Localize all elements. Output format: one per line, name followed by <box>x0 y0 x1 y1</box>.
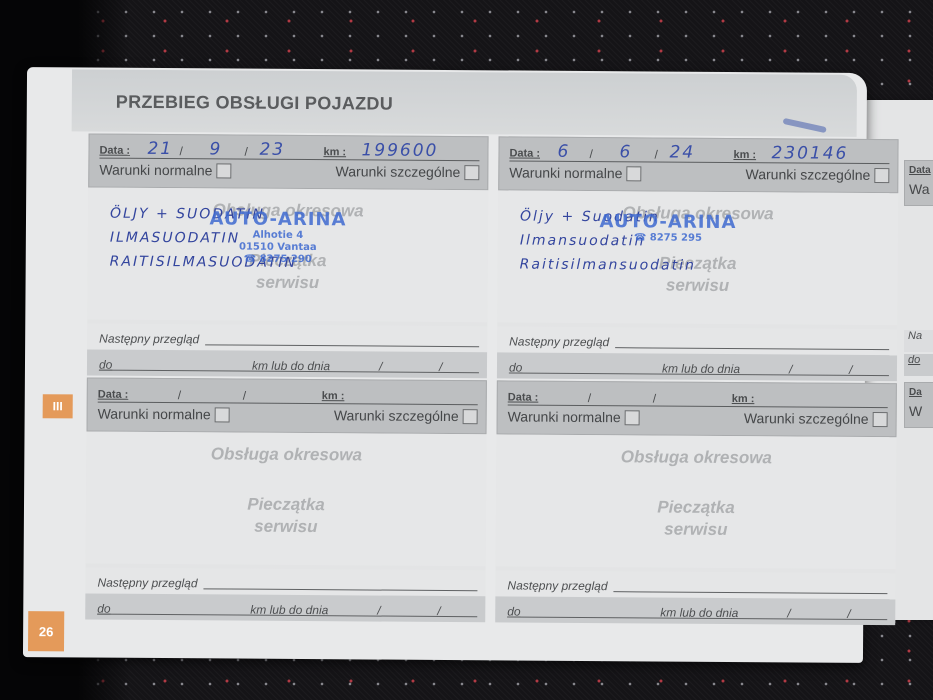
date-km-row: Data : 21 / 9 / 23 km : 199600 <box>99 140 479 162</box>
date-separator: / <box>243 389 246 403</box>
entry-header: Data : 6 / 6 / 24 km : 230146 Warunki no… <box>498 136 898 193</box>
watermark-periodic-service: Obsługa okresowa <box>86 443 486 466</box>
normal-conditions: Warunki normalne <box>99 162 231 179</box>
conditions-row: Warunki normalne Warunki szczególne <box>509 164 889 187</box>
adjacent-date-label: Data <box>909 165 931 176</box>
date-separator: / <box>377 604 380 618</box>
dealer-stamp: AUTO-ARINAAlhotie 401510 Vantaa☎ 8275 29… <box>188 208 368 266</box>
next-inspection-limit-row: do km lub do dnia / / <box>497 352 897 381</box>
conditions-row: Warunki normalne Warunki szczególne <box>99 162 479 185</box>
date-year-field[interactable]: 23 <box>259 140 285 160</box>
adjacent-entry-header-2: Da W <box>904 382 933 428</box>
date-separator: / <box>244 145 247 159</box>
date-separator: / <box>787 606 790 620</box>
service-booklet-page: PRZEBIEG OBSŁUGI POJAZDU III 26 Data : 2… <box>23 67 867 663</box>
service-entry: Data : / / km : Warunki normalne Warunki… <box>85 378 487 621</box>
adjacent-next-inspection: Na <box>904 330 933 352</box>
next-inspection-label: Następny przegląd <box>97 576 197 591</box>
special-conditions: Warunki szczególne <box>746 166 890 183</box>
km-or-date-label: km lub do dnia <box>662 362 740 377</box>
next-inspection-line[interactable] <box>203 588 477 591</box>
next-inspection-row: Następny przegląd <box>87 324 487 353</box>
adjacent-conditions-label: Wa <box>909 181 929 197</box>
pen-mark <box>783 118 827 133</box>
date-label: Data : <box>98 389 129 401</box>
normal-conditions-checkbox[interactable] <box>626 166 641 181</box>
special-conditions-checkbox[interactable] <box>873 411 888 426</box>
date-km-row: Data : 6 / 6 / 24 km : 230146 <box>509 142 889 164</box>
special-conditions-checkbox[interactable] <box>874 167 889 182</box>
date-day-field[interactable]: 21 <box>147 139 173 159</box>
entry-header: Data : / / km : Warunki normalne Warunki… <box>497 380 897 437</box>
watermark-periodic-service: Obsługa okresowa <box>496 446 896 469</box>
date-separator: / <box>847 607 850 621</box>
normal-conditions: Warunki normalne <box>509 164 641 181</box>
service-stamp-area: Obsługa okresowa Pieczątka serwisu <box>496 434 897 569</box>
next-inspection-limit-row: do km lub do dnia / / <box>495 596 895 625</box>
service-stamp-area: Obsługa okresowa Pieczątka serwisu ÖLJY … <box>87 188 488 323</box>
date-separator: / <box>178 388 181 402</box>
special-conditions-label: Warunki szczególne <box>746 166 871 183</box>
normal-conditions-checkbox[interactable] <box>625 410 640 425</box>
next-inspection-limit-row: do km lub do dnia / / <box>87 350 487 379</box>
next-inspection-line[interactable] <box>613 591 887 594</box>
entry-header: Data : 21 / 9 / 23 km : 199600 Warunki n… <box>88 134 488 191</box>
chapter-tab: III <box>43 394 73 418</box>
next-inspection-label: Następny przegląd <box>99 332 199 347</box>
service-entry: Data : 6 / 6 / 24 km : 230146 Warunki no… <box>497 136 899 379</box>
normal-conditions-label: Warunki normalne <box>508 408 621 425</box>
next-inspection-row: Następny przegląd <box>497 326 897 355</box>
normal-conditions-checkbox[interactable] <box>216 163 231 178</box>
adjacent-entry-header: Data Wa <box>904 160 933 206</box>
next-inspection-row: Następny przegląd <box>495 570 895 599</box>
special-conditions-label: Warunki szczególne <box>744 410 869 427</box>
stamp-address-line: ☎ 8275 290 <box>188 253 368 266</box>
special-conditions-label: Warunki szczególne <box>336 163 461 180</box>
date-separator: / <box>789 362 792 376</box>
date-month-field[interactable]: 6 <box>619 142 632 162</box>
normal-conditions: Warunki normalne <box>508 408 640 425</box>
special-conditions-checkbox[interactable] <box>463 409 478 424</box>
date-separator: / <box>439 360 442 374</box>
next-inspection-label: Następny przegląd <box>509 334 609 349</box>
watermark-service: serwisu <box>497 274 897 297</box>
next-inspection-limit-row: do km lub do dnia / / <box>85 593 485 622</box>
date-separator: / <box>589 147 592 161</box>
km-label: km : <box>322 390 345 402</box>
date-label: Data : <box>509 147 540 159</box>
conditions-row: Warunki normalne Warunki szczególne <box>98 406 478 429</box>
date-km-row: Data : / / km : <box>508 386 888 408</box>
date-month-field[interactable]: 9 <box>209 139 222 159</box>
special-conditions-label: Warunki szczególne <box>334 407 459 424</box>
date-label: Data : <box>99 145 130 157</box>
service-entry: Data : / / km : Warunki normalne Warunki… <box>495 380 897 623</box>
watermark-service: serwisu <box>86 515 486 538</box>
watermark-stamp: Pieczątka <box>496 496 896 519</box>
adjacent-conditions-label-2: W <box>909 403 922 419</box>
date-separator: / <box>437 604 440 618</box>
normal-conditions: Warunki normalne <box>98 406 230 423</box>
date-km-row: Data : / / km : <box>98 384 478 406</box>
km-field[interactable]: 199600 <box>361 140 438 161</box>
next-inspection-label: Następny przegląd <box>507 578 607 593</box>
special-conditions-checkbox[interactable] <box>464 165 479 180</box>
special-conditions: Warunki szczególne <box>744 410 888 427</box>
date-separator: / <box>654 147 657 161</box>
page-title: PRZEBIEG OBSŁUGI POJAZDU <box>116 92 393 115</box>
stamp-dealer-name: AUTO-ARINA <box>578 211 758 233</box>
adjacent-to-row: do <box>904 354 933 376</box>
service-stamp-area: Obsługa okresowa Pieczątka serwisu <box>86 431 487 566</box>
km-or-date-label: km lub do dnia <box>252 359 330 374</box>
entry-header: Data : / / km : Warunki normalne Warunki… <box>87 378 487 435</box>
next-inspection-line[interactable] <box>615 347 889 350</box>
adjacent-date-label-2: Da <box>909 387 922 398</box>
km-or-date-label: km lub do dnia <box>660 606 738 621</box>
date-separator: / <box>379 360 382 374</box>
page-number: 26 <box>28 611 64 651</box>
date-day-field[interactable]: 6 <box>557 142 570 162</box>
service-stamp-area: Obsługa okresowa Pieczątka serwisu Öljy … <box>497 190 898 325</box>
km-label: km : <box>733 149 756 161</box>
conditions-row: Warunki normalne Warunki szczególne <box>508 408 888 431</box>
special-conditions: Warunki szczególne <box>336 163 480 180</box>
date-separator: / <box>849 363 852 377</box>
date-separator: / <box>179 144 182 158</box>
normal-conditions-label: Warunki normalne <box>509 164 622 181</box>
watermark-service: serwisu <box>496 518 896 541</box>
next-inspection-line[interactable] <box>205 344 479 347</box>
stamp-address-line: ☎ 8275 295 <box>578 232 758 245</box>
normal-conditions-checkbox[interactable] <box>215 407 230 422</box>
watermark-stamp: Pieczątka <box>86 493 486 516</box>
date-year-field[interactable]: 24 <box>669 143 695 163</box>
date-separator: / <box>653 391 656 405</box>
watermark-service: serwisu <box>88 272 488 295</box>
date-label: Data : <box>508 391 539 403</box>
km-field[interactable]: 230146 <box>771 143 848 164</box>
km-or-date-label: km lub do dnia <box>250 603 328 618</box>
date-separator: / <box>588 391 591 405</box>
normal-conditions-label: Warunki normalne <box>99 162 212 179</box>
normal-conditions-label: Warunki normalne <box>98 406 211 423</box>
km-label: km : <box>323 146 346 158</box>
service-entry: Data : 21 / 9 / 23 km : 199600 Warunki n… <box>87 134 489 377</box>
km-label: km : <box>732 393 755 405</box>
handwritten-line: Raitisilmansuodatin <box>520 257 696 274</box>
stamp-dealer-name: AUTO-ARINA <box>188 208 368 230</box>
dealer-stamp: AUTO-ARINA☎ 8275 295 <box>578 211 758 245</box>
page-header: PRZEBIEG OBSŁUGI POJAZDU <box>72 69 857 136</box>
special-conditions: Warunki szczególne <box>334 407 478 424</box>
next-inspection-row: Następny przegląd <box>85 567 485 596</box>
